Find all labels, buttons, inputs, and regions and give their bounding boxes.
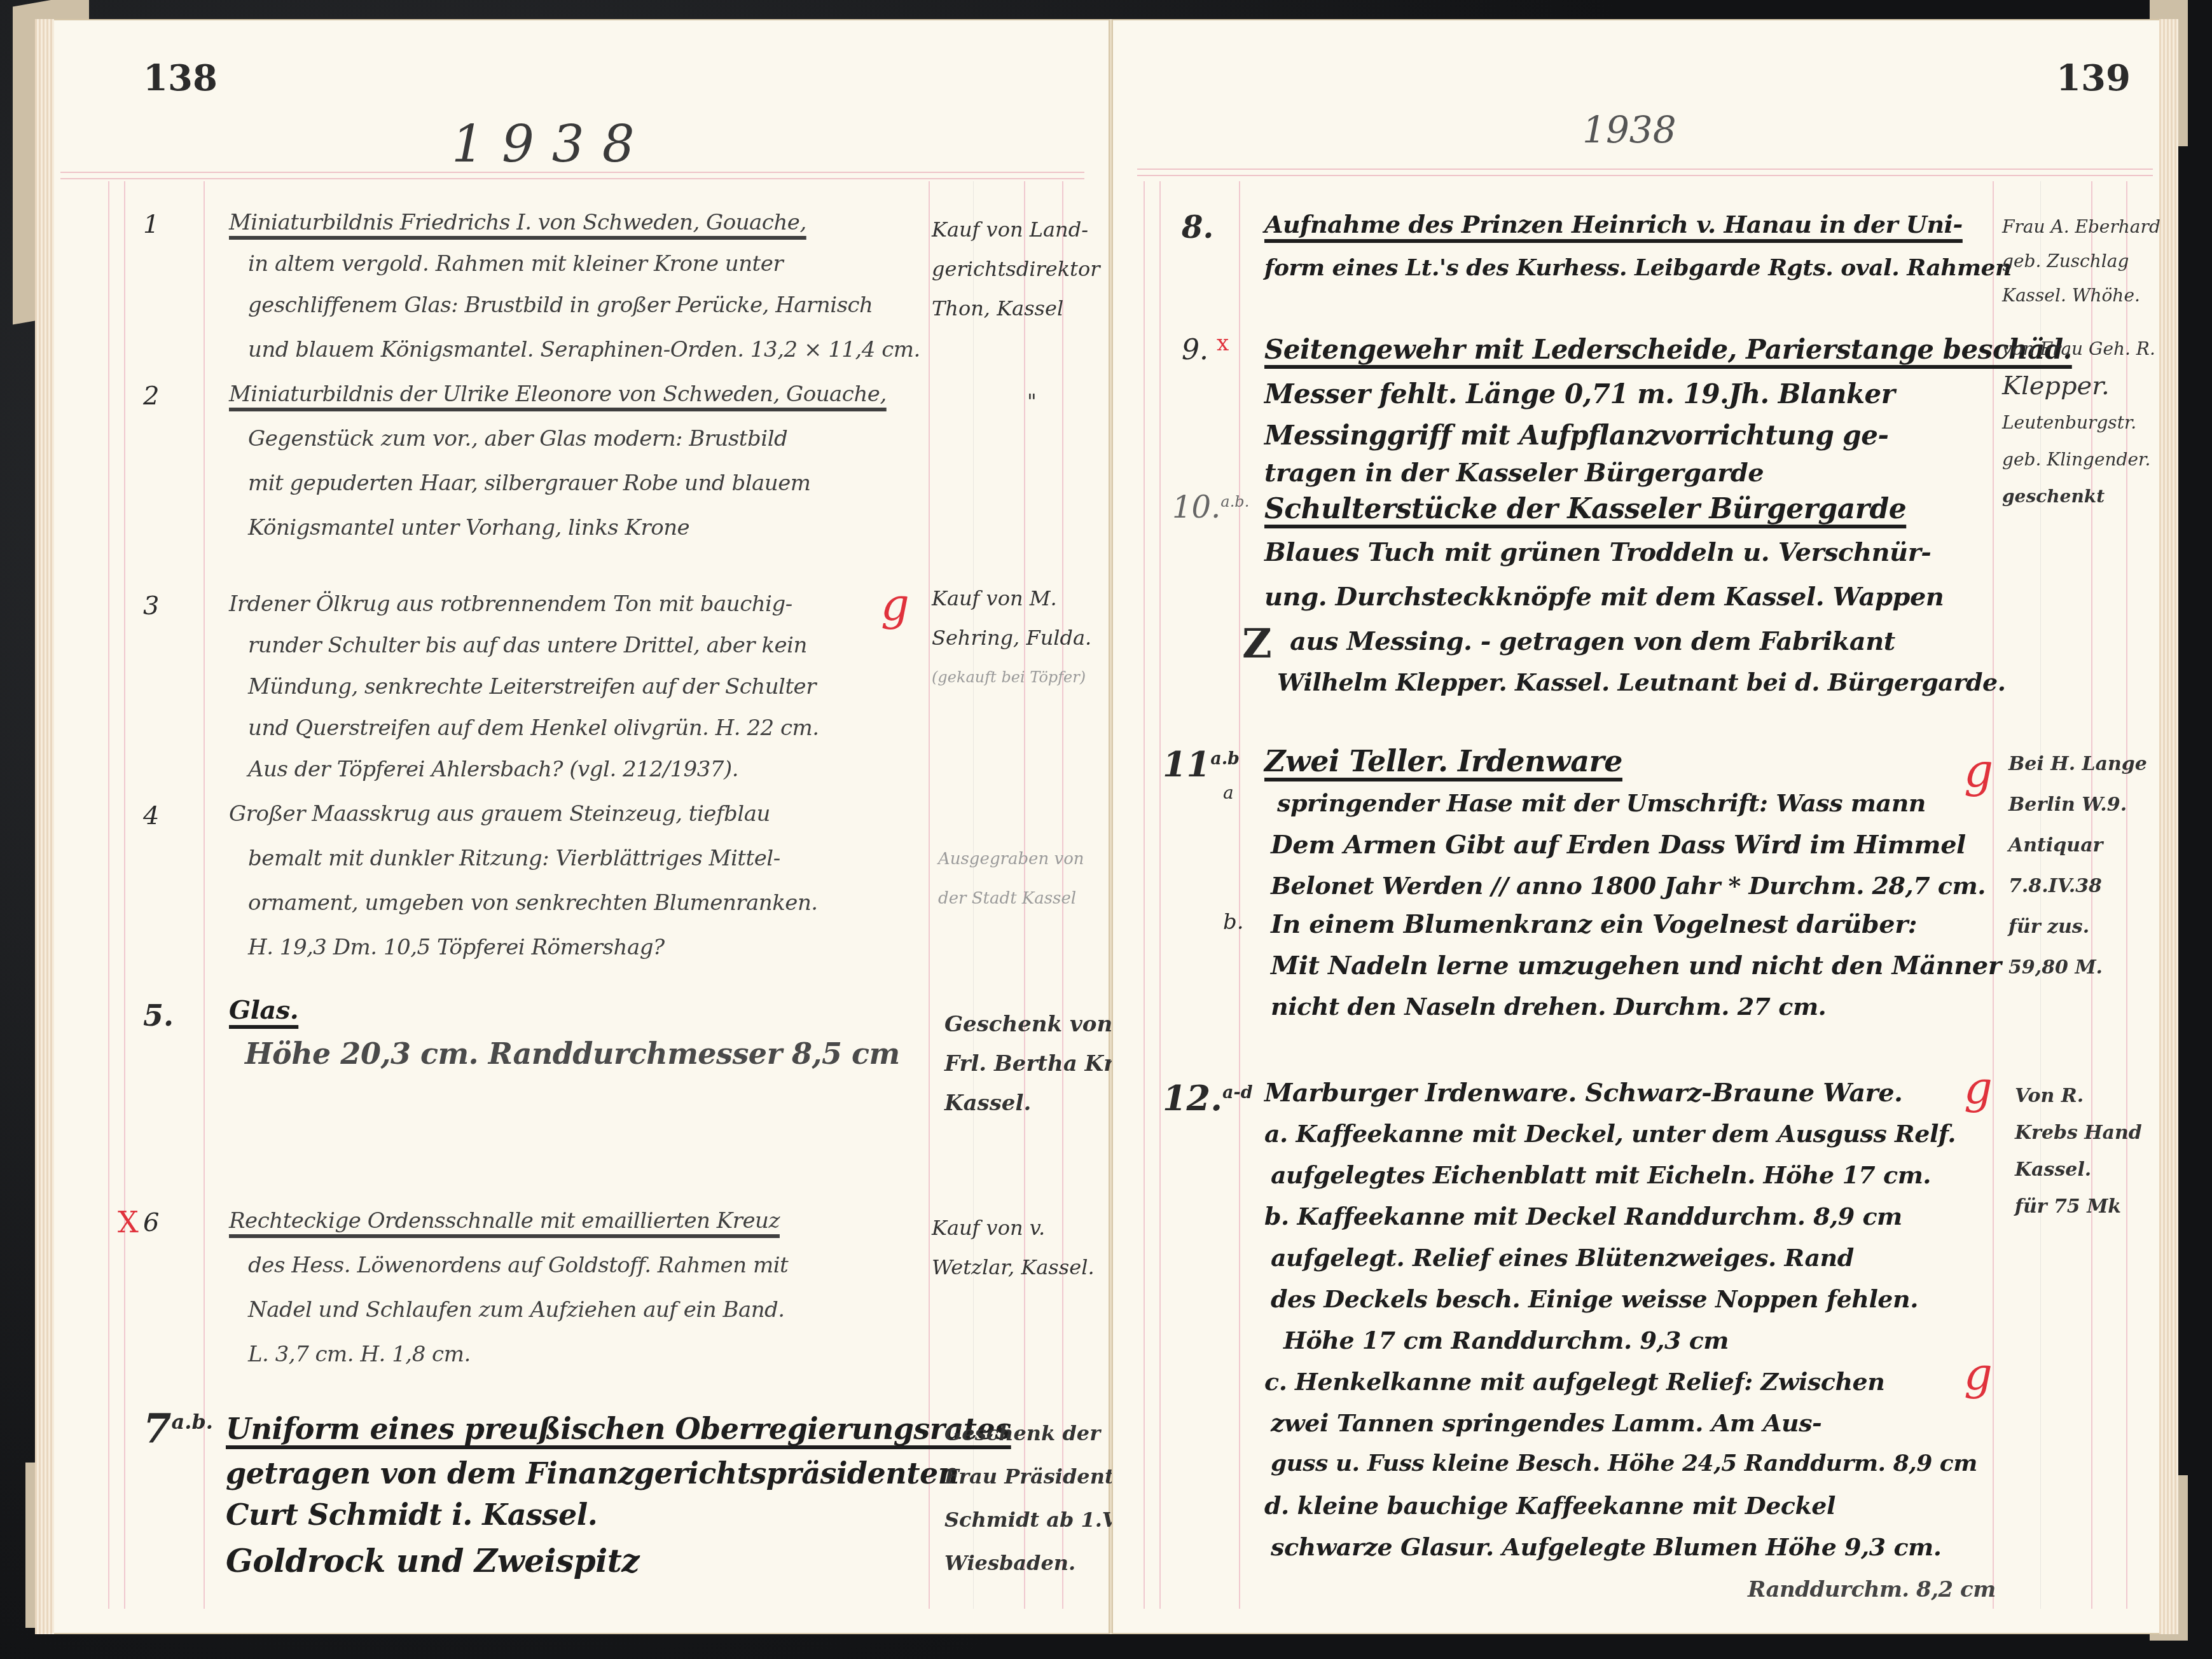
year-heading: 1938 [1582, 108, 1676, 151]
red-check-mark: g [881, 579, 909, 631]
entry-number: 5. [143, 998, 174, 1033]
entry-line: des Hess. Löwenordens auf Goldstoff. Rah… [248, 1253, 788, 1278]
entry-line: Zwei Teller. Irdenware [1264, 744, 1622, 778]
margin-z-mark: Z [1242, 620, 1272, 668]
provenance-note: Geschenk der Frau Präsident Schmidt ab 1… [944, 1412, 1135, 1585]
entry-line: guss u. Fuss kleine Besch. Höhe 24,5 Ran… [1271, 1450, 1977, 1477]
entry-number: 6 [143, 1208, 159, 1237]
provenance-note: Kauf von v. Wetzlar, Kassel. [932, 1208, 1095, 1287]
header-rule [60, 172, 1084, 173]
entry-number: 4 [143, 801, 159, 830]
entry-line: aus Messing. - getragen von dem Fabrikan… [1290, 626, 1895, 656]
entry-line: Blaues Tuch mit grünen Troddeln u. Versc… [1264, 537, 1931, 567]
entry-line: Marburger Irdenware. Schwarz-Braune Ware… [1264, 1078, 1903, 1108]
entry-line: a. Kaffeekanne mit Deckel, unter dem Aus… [1264, 1119, 1956, 1148]
entry-line: Aufnahme des Prinzen Heinrich v. Hanau i… [1264, 210, 1963, 238]
entry-line: mit gepuderten Haar, silbergrauer Robe u… [248, 471, 811, 496]
entry-line: ornament, umgeben von senkrechten Blumen… [248, 890, 818, 916]
provenance-note-pencil: Ausgegraben von der Stadt Kassel [938, 839, 1084, 918]
entry-line: c. Henkelkanne mit aufgelegt Relief: Zwi… [1264, 1367, 1884, 1396]
entry-line: geschliffenem Glas: Brustbild in großer … [248, 293, 873, 318]
entry-line: Messer fehlt. Länge 0,71 m. 19.Jh. Blank… [1264, 378, 1895, 410]
entry-line: getragen von dem Finanzgerichtspräsident… [226, 1456, 959, 1490]
entry-number: 1 [143, 210, 159, 239]
entry-line: H. 19,3 Dm. 10,5 Töpferei Römershag? [248, 935, 665, 960]
entry-line: Messinggriff mit Aufpflanzvorrichtung ge… [1264, 420, 1888, 451]
entry-line: in altem vergold. Rahmen mit kleiner Kro… [248, 251, 783, 277]
entry-line: Uniform eines preußischen Oberregierungs… [226, 1412, 1011, 1446]
entry-line: Gegenstück zum vor., aber Glas modern: B… [248, 426, 787, 451]
entry-line: Glas. [229, 995, 298, 1025]
entry-line: Irdener Ölkrug aus rotbrennendem Ton mit… [229, 591, 792, 617]
red-check-mark: g [1964, 1062, 1993, 1114]
entry-line: Aus der Töpferei Ahlersbach? (vgl. 212/1… [248, 757, 738, 782]
red-x-mark: X [118, 1205, 139, 1239]
entry-line: b. Kaffeekanne mit Deckel Randdurchm. 8,… [1264, 1202, 1902, 1230]
entry-line: Königsmantel unter Vorhang, links Krone [248, 515, 689, 540]
year-heading: 1938 [452, 114, 653, 174]
entry-line: L. 3,7 cm. H. 1,8 cm. [248, 1342, 471, 1367]
entry-line: Mündung, senkrechte Leiterstreifen auf d… [248, 674, 816, 699]
page-number: 139 [2056, 57, 2131, 99]
header-rule [1137, 169, 2153, 170]
red-check-mark: g [1964, 1348, 1993, 1400]
entry-number: 7a.b. [143, 1405, 213, 1453]
open-ledger: 138 1938 1 Miniaturbildnis Friedrichs I.… [35, 19, 2178, 1647]
page-edge [2159, 19, 2178, 1634]
entry-line: Miniaturbildnis der Ulrike Eleonore von … [229, 382, 887, 407]
entry-line: und blauem Königsmantel. Seraphinen-Orde… [248, 337, 920, 362]
entry-line: Wilhelm Klepper. Kassel. Leutnant bei d.… [1277, 668, 2005, 696]
entry-line: Seitengewehr mit Lederscheide, Pariersta… [1264, 334, 2072, 365]
entry-line: Schulterstücke der Kasseler Bürgergarde [1264, 493, 1906, 525]
header-rule [60, 178, 1084, 179]
entry-line: Randdurchm. 8,2 cm [1748, 1577, 1996, 1602]
entry-line: Belonet Werden // anno 1800 Jahr * Durch… [1271, 871, 1986, 900]
entry-line: Curt Schmidt i. Kassel. [226, 1497, 597, 1532]
entry-number: 8. [1182, 210, 1213, 245]
entry-line: springender Hase mit der Umschrift: Wass… [1277, 788, 1926, 817]
entry-line: schwarze Glasur. Aufgelegte Blumen Höhe … [1271, 1532, 1942, 1561]
entry-line: d. kleine bauchige Kaffeekanne mit Decke… [1264, 1491, 1835, 1520]
provenance-note: Bei H. Lange Berlin W.9. Antiquar 7.8.IV… [2008, 744, 2147, 988]
provenance-note: Frau A. Eberhard geb. Zuschlag Kassel. W… [2002, 210, 2160, 313]
entry-number: 2 [143, 382, 159, 411]
entry-line: Nadel und Schlaufen zum Aufziehen auf ei… [248, 1297, 785, 1323]
header-rule [1137, 175, 2153, 176]
entry-line: aufgelegtes Eichenblatt mit Eicheln. Höh… [1271, 1160, 1931, 1189]
provenance-note: von Frau Geh. R. Klepper. Leutenburgstr.… [2002, 331, 2155, 515]
sub-label: b. [1223, 909, 1244, 935]
entry-line: nicht den Naseln drehen. Durchm. 27 cm. [1271, 992, 1826, 1021]
entry-line: ung. Durchsteckknöpfe mit dem Kassel. Wa… [1264, 582, 1944, 612]
ditto-mark: " [1027, 382, 1037, 421]
entry-line: Großer Maasskrug aus grauem Steinzeug, t… [229, 801, 770, 827]
entry-line: bemalt mit dunkler Ritzung: Vierblättrig… [248, 846, 780, 871]
entry-line: Höhe 20,3 cm. Randdurchmesser 8,5 cm [245, 1036, 900, 1071]
page-edge [35, 19, 54, 1634]
entry-line: des Deckels besch. Einige weisse Noppen … [1271, 1284, 1918, 1313]
entry-line: In einem Blumenkranz ein Vogelnest darüb… [1271, 909, 1917, 939]
entry-number: 11a.b [1163, 744, 1240, 785]
entry-line: Höhe 17 cm Randdurchm. 9,3 cm [1283, 1326, 1729, 1354]
entry-line: Miniaturbildnis Friedrichs I. von Schwed… [229, 210, 806, 235]
provenance-note: Kauf von M. Sehring, Fulda. (gekauft bei… [932, 579, 1091, 697]
entry-line: Rechteckige Ordensschnalle mit emaillier… [229, 1208, 780, 1234]
entry-line: Dem Armen Gibt auf Erden Dass Wird im Hi… [1271, 830, 1966, 860]
provenance-note: Von R. Krebs Hand Kassel. für 75 Mk [2015, 1078, 2142, 1225]
page-number: 138 [143, 57, 218, 99]
entry-line: runder Schulter bis auf das untere Dritt… [248, 633, 807, 658]
red-x-mark: x [1217, 331, 1229, 356]
entry-line: Mit Nadeln lerne umzugehen und nicht den… [1271, 951, 2001, 981]
red-check-mark: g [1964, 744, 1993, 797]
entry-number: 3 [143, 591, 159, 621]
provenance-note: Kauf von Land- gerichtsdirektor Thon, Ka… [932, 210, 1100, 328]
entry-number: 9. [1182, 334, 1208, 366]
entry-line: form eines Lt.'s des Kurhess. Leibgarde … [1264, 254, 2012, 281]
entry-number: 10.a.b. [1172, 490, 1249, 525]
sub-label: a [1223, 782, 1234, 803]
entry-line: tragen in der Kasseler Bürgergarde [1264, 458, 1764, 488]
entry-line: Goldrock und Zweispitz [226, 1542, 639, 1580]
entry-line: aufgelegt. Relief eines Blütenzweiges. R… [1271, 1243, 1854, 1272]
entry-number: 12.a-d [1163, 1078, 1253, 1119]
entry-line: zwei Tannen springendes Lamm. Am Aus- [1271, 1408, 1821, 1437]
entry-line: und Querstreifen auf dem Henkel olivgrün… [248, 715, 819, 741]
left-page: 138 1938 1 Miniaturbildnis Friedrichs I.… [35, 19, 1112, 1634]
right-page: 139 1938 8. Aufnahme des Prinzen Heinric… [1112, 19, 2178, 1634]
